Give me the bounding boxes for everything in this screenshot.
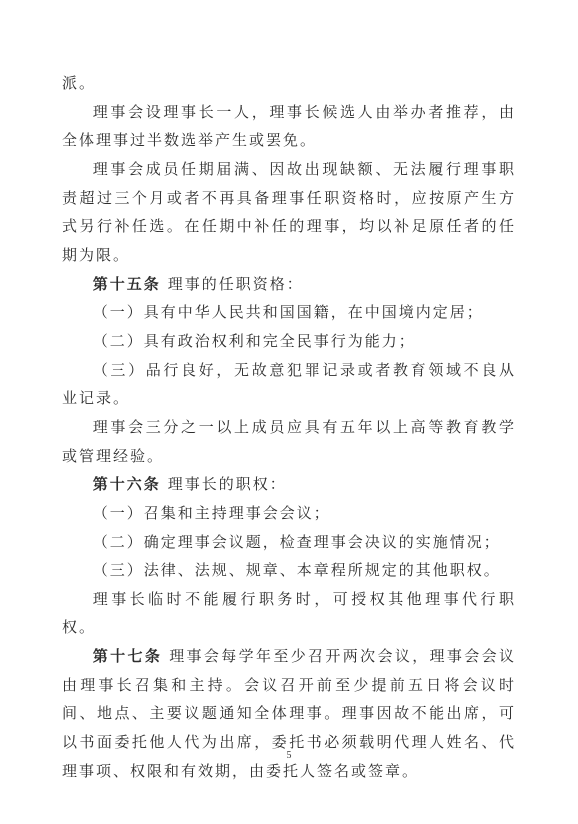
paragraph-continuation: 派。 (62, 70, 516, 99)
paragraph-chairman-delegation: 理事长临时不能履行职务时，可授权其他理事代行职权。 (62, 586, 516, 643)
article-15-clause-2: （二）具有政治权利和完全民事行为能力； (62, 328, 516, 357)
article-16-title: 理事长的职权： (168, 477, 287, 493)
article-15-number: 第十五条 (93, 277, 161, 293)
article-16-clause-3: （三）法律、法规、规章、本章程所规定的其他职权。 (62, 557, 516, 586)
article-16-heading: 第十六条理事长的职权： (62, 471, 516, 500)
document-body: 派。 理事会设理事长一人，理事长候选人由举办者推荐，由全体理事过半数选举产生或罢… (62, 70, 516, 786)
paragraph-board-vacancy: 理事会成员任期届满、因故出现缺额、无法履行理事职责超过三个月或者不再具备理事任职… (62, 156, 516, 271)
article-17-number: 第十七条 (93, 649, 162, 665)
article-16-clause-2: （二）确定理事会议题，检查理事会决议的实施情况； (62, 529, 516, 558)
article-16-clause-1: （一）召集和主持理事会会议； (62, 500, 516, 529)
article-15-clause-3: （三）品行良好，无故意犯罪记录或者教育领域不良从业记录。 (62, 357, 516, 414)
paragraph-chairman-election: 理事会设理事长一人，理事长候选人由举办者推荐，由全体理事过半数选举产生或罢免。 (62, 99, 516, 156)
article-15-heading: 第十五条理事的任职资格： (62, 271, 516, 300)
paragraph-board-experience: 理事会三分之一以上成员应具有五年以上高等教育教学或管理经验。 (62, 414, 516, 471)
article-15-title: 理事的任职资格： (168, 277, 304, 293)
document-page: 派。 理事会设理事长一人，理事长候选人由举办者推荐，由全体理事过半数选举产生或罢… (0, 0, 578, 824)
article-15-clause-1: （一）具有中华人民共和国国籍，在中国境内定居； (62, 299, 516, 328)
article-16-number: 第十六条 (93, 477, 161, 493)
page-number: 5 (0, 750, 578, 761)
article-17-paragraph: 第十七条理事会每学年至少召开两次会议，理事会会议由理事长召集和主持。会议召开前至… (62, 643, 516, 786)
